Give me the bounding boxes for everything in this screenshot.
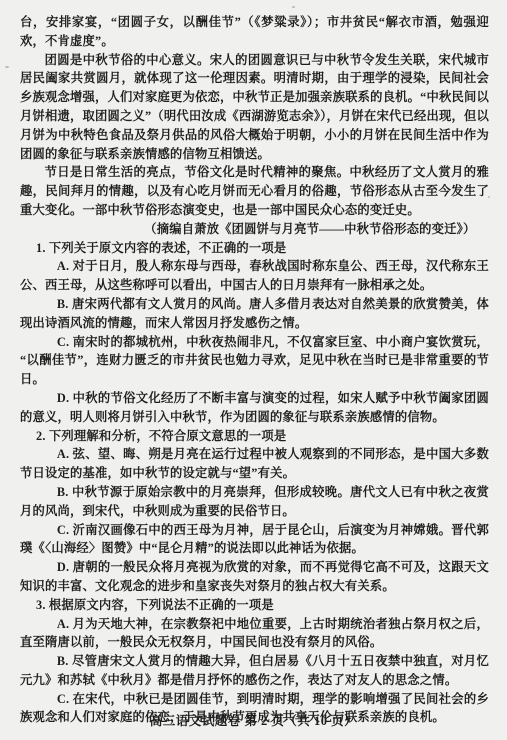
paragraph-option: D. 唐朝的一般民众将月亮视为欣赏的对象，而不再觉得它高不可及，这跟天文知识的丰…: [20, 558, 489, 596]
page-footer-label: 高三语文试题卷 第 2 页（共 10 页）: [150, 714, 357, 728]
paragraph-option: D. 中秋的节俗文化经历了不断丰富与演变的过程，如宋人赋予中秋节阖家团圆的意义，…: [20, 389, 489, 427]
scan-artifact: [5, 66, 9, 68]
scan-artifact: [488, 196, 490, 198]
paragraph-option: C. 南宋时的都城杭州，中秋夜热闹非凡，不仅富家巨室、中小商户宴饮赏玩，“以酬佳…: [20, 333, 489, 389]
paragraph-question: 3. 根据原文内容，下列说法不正确的一项是: [20, 596, 489, 615]
scan-artifact: [292, 6, 295, 8]
paragraph-question: 2. 下列理解和分析，不符合原文意思的一项是: [20, 427, 489, 446]
paragraph-option: B. 唐宋两代都有文人赏月的风尚。唐人多借月表达对自然美景的欣赏赞美，体现出诗酒…: [20, 295, 489, 333]
exam-page: 台，安排家宴，“团圆子女，以酬佳节”（《梦粱录》）；市井贫民“解衣市酒，勉强迎欢…: [0, 0, 507, 740]
page-footer: 高三语文试题卷 第 2 页（共 10 页）: [0, 711, 507, 729]
exam-text-flow: 台，安排家宴，“团圆子女，以酬佳节”（《梦粱录》）；市井贫民“解衣市酒，勉强迎欢…: [20, 13, 489, 727]
paragraph-body: 节日是日常生活的亮点，节俗文化是时代精神的聚焦。中秋经历了文人赏月的雅趣，民间拜…: [20, 163, 489, 219]
paragraph-option: B. 中秋节源于原始宗教中的月亮崇拜，但形成较晚。唐代文人已有中秋之夜赏月的风尚…: [20, 483, 489, 521]
paragraph-option: C. 沂南汉画像石中的西王母为月神，居于昆仑山，后演变为月神嫦娥。晋代郭璞《〈山…: [20, 521, 489, 559]
paragraph-option: B. 尽管唐宋文人赏月的情趣大异，但白居易《八月十五日夜禁中独直，对月忆元九》和…: [20, 652, 489, 690]
paragraph-option: A. 弦、望、晦、朔是月亮在运行过程中被人观察到的不同形态，是中国大多数节日设定…: [20, 445, 489, 483]
paragraph-option: A. 对于日月，殷人称东母与西母，春秋战国时称东皇公、西王母，汉代称东王公、西王…: [20, 257, 489, 295]
paragraph-question: 1. 下列关于原文内容的表述，不正确的一项是: [20, 239, 489, 258]
paragraph-attribution: （摘编自萧放《团圆饼与月亮节——中秋节俗形态的变迁》）: [20, 220, 489, 239]
paragraph-body: 团圆是中秋节俗的中心意义。宋人的团圆意识已与中秋节令发生关联，宋代城市居民阖家共…: [20, 51, 489, 164]
paragraph-continuation: 台，安排家宴，“团圆子女，以酬佳节”（《梦粱录》）；市井贫民“解衣市酒，勉强迎欢…: [20, 13, 489, 51]
paragraph-option: A. 月为天地大神，在宗教祭祀中地位重要，上古时期统治者独占祭月权之后，直至隋唐…: [20, 615, 489, 653]
